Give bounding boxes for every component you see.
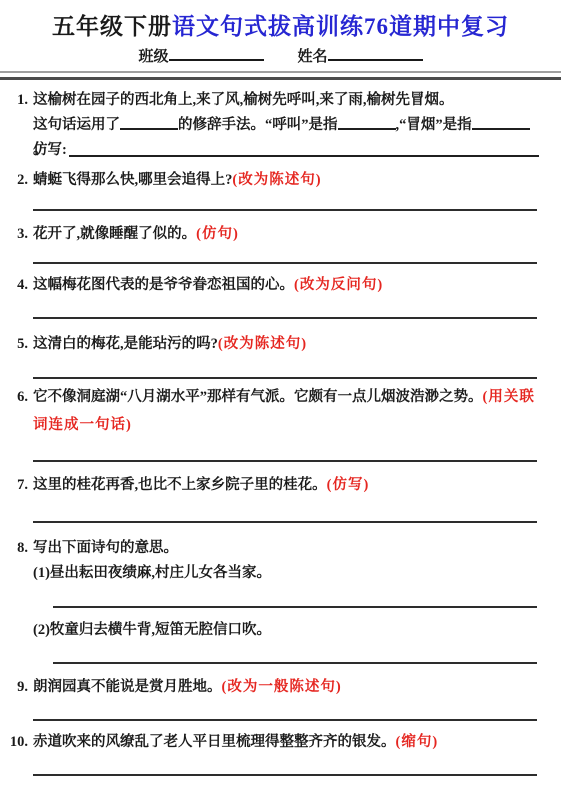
q1-seg2: 的修辞手法。“呼叫”是指 <box>178 117 338 133</box>
question-8-sub-1: (1)昼出耘田夜绩麻,村庄儿女各当家。 <box>10 561 539 586</box>
question-1-line-1: 1.这榆树在园子的西北角上,来了风,榆树先呼叫,来了雨,榆树先冒烟。 <box>10 88 539 113</box>
q1-imitate-label: 仿写: <box>33 138 67 163</box>
question-3-number: 3. <box>7 222 33 247</box>
answer-line-q2 <box>33 209 537 211</box>
header-rule-thick <box>0 77 561 80</box>
question-10-text: 赤道吹来的风缭乱了老人平日里梳理得整整齐齐的银发。 <box>33 734 396 750</box>
q1-blank-2 <box>338 115 396 130</box>
question-6-number: 6. <box>7 383 33 411</box>
answer-line-q8-2 <box>53 662 537 664</box>
question-8-number: 8. <box>7 536 33 561</box>
question-2-number: 2. <box>7 168 33 193</box>
question-7: 7.这里的桂花再香,也比不上家乡院子里的桂花。(仿写) <box>10 473 539 498</box>
q1-blank-1 <box>120 115 178 130</box>
question-6: 6.它不像洞庭湖“八月湖水平”那样有气派。它颇有一点儿烟波浩渺之势。(用关联词连… <box>10 383 539 439</box>
q8-sub2-text: 牧童归去横牛背,短笛无腔信口吹。 <box>50 622 271 638</box>
answer-line-q6 <box>33 460 537 462</box>
question-4: 4.这幅梅花图代表的是爷爷眷恋祖国的心。(改为反问句) <box>10 273 539 298</box>
q1-seg3: ,“冒烟”是指 <box>396 117 472 133</box>
question-10: 10.赤道吹来的风缭乱了老人平日里梳理得整整齐齐的银发。(缩句) <box>10 730 539 755</box>
q1-blank-3 <box>472 115 530 130</box>
header-rule-thin <box>0 71 561 73</box>
worksheet-page: 五年级下册语文句式拔高训练76道期中复习 班级姓名 1.这榆树在园子的西北角上,… <box>0 0 561 800</box>
worksheet-title: 五年级下册语文句式拔高训练76道期中复习 <box>0 8 561 41</box>
question-4-text: 这幅梅花图代表的是爷爷眷恋祖国的心。 <box>33 277 294 293</box>
question-4-note: (改为反问句) <box>294 277 383 293</box>
question-3-text: 花开了,就像睡醒了似的。 <box>33 226 196 242</box>
q1-imitate-answer-line <box>69 138 539 157</box>
q8-sub2-number: (2) <box>33 622 50 638</box>
question-9-text: 朗润园真不能说是赏月胜地。 <box>33 679 222 695</box>
question-3-note: (仿句) <box>196 226 239 242</box>
name-label: 姓名 <box>298 49 328 65</box>
title-subject-part: 语文句式拔高训练76道期中复习 <box>172 14 509 39</box>
answer-line-q10 <box>33 774 537 776</box>
question-9-number: 9. <box>7 675 33 700</box>
question-1-number: 1. <box>7 88 33 113</box>
class-blank-line <box>169 45 264 61</box>
question-8-text: 写出下面诗句的意思。 <box>33 540 178 556</box>
question-7-text: 这里的桂花再香,也比不上家乡院子里的桂花。 <box>33 477 327 493</box>
answer-line-q3 <box>33 262 537 264</box>
question-9: 9.朗润园真不能说是赏月胜地。(改为一般陈述句) <box>10 675 539 700</box>
answer-line-q5 <box>33 377 537 379</box>
question-3: 3.花开了,就像睡醒了似的。(仿句) <box>10 222 539 247</box>
title-grade-part: 五年级下册 <box>52 14 172 39</box>
question-2-note: (改为陈述句) <box>232 172 321 188</box>
question-5-note: (改为陈述句) <box>218 336 307 352</box>
question-8-sub-2: (2)牧童归去横牛背,短笛无腔信口吹。 <box>10 618 539 643</box>
question-5-text: 这清白的梅花,是能玷污的吗? <box>33 336 218 352</box>
question-4-number: 4. <box>7 273 33 298</box>
answer-line-q4 <box>33 317 537 319</box>
q8-sub1-number: (1) <box>33 565 50 581</box>
question-7-note: (仿写) <box>327 477 370 493</box>
answer-line-q8-1 <box>53 606 537 608</box>
question-8: 8.写出下面诗句的意思。 <box>10 536 539 561</box>
question-1-line-3: 仿写: <box>10 138 539 163</box>
student-info-row: 班级姓名 <box>0 45 561 66</box>
question-10-note: (缩句) <box>396 734 439 750</box>
question-2-text: 蜻蜓飞得那么快,哪里会追得上? <box>33 172 232 188</box>
q1-seg1: 这句话运用了 <box>33 117 120 133</box>
question-2: 2.蜻蜓飞得那么快,哪里会追得上?(改为陈述句) <box>10 168 539 193</box>
question-9-note: (改为一般陈述句) <box>222 679 342 695</box>
question-10-number: 10. <box>7 730 33 755</box>
question-5: 5.这清白的梅花,是能玷污的吗?(改为陈述句) <box>10 332 539 357</box>
question-6-text: 它不像洞庭湖“八月湖水平”那样有气派。它颇有一点儿烟波浩渺之势。 <box>33 389 483 405</box>
question-7-number: 7. <box>7 473 33 498</box>
question-5-number: 5. <box>7 332 33 357</box>
class-label: 班级 <box>138 49 168 65</box>
answer-line-q9 <box>33 719 537 721</box>
q8-sub1-text: 昼出耘田夜绩麻,村庄儿女各当家。 <box>50 565 271 581</box>
answer-line-q7 <box>33 521 537 523</box>
name-blank-line <box>328 45 423 61</box>
question-1-text: 这榆树在园子的西北角上,来了风,榆树先呼叫,来了雨,榆树先冒烟。 <box>33 92 454 108</box>
